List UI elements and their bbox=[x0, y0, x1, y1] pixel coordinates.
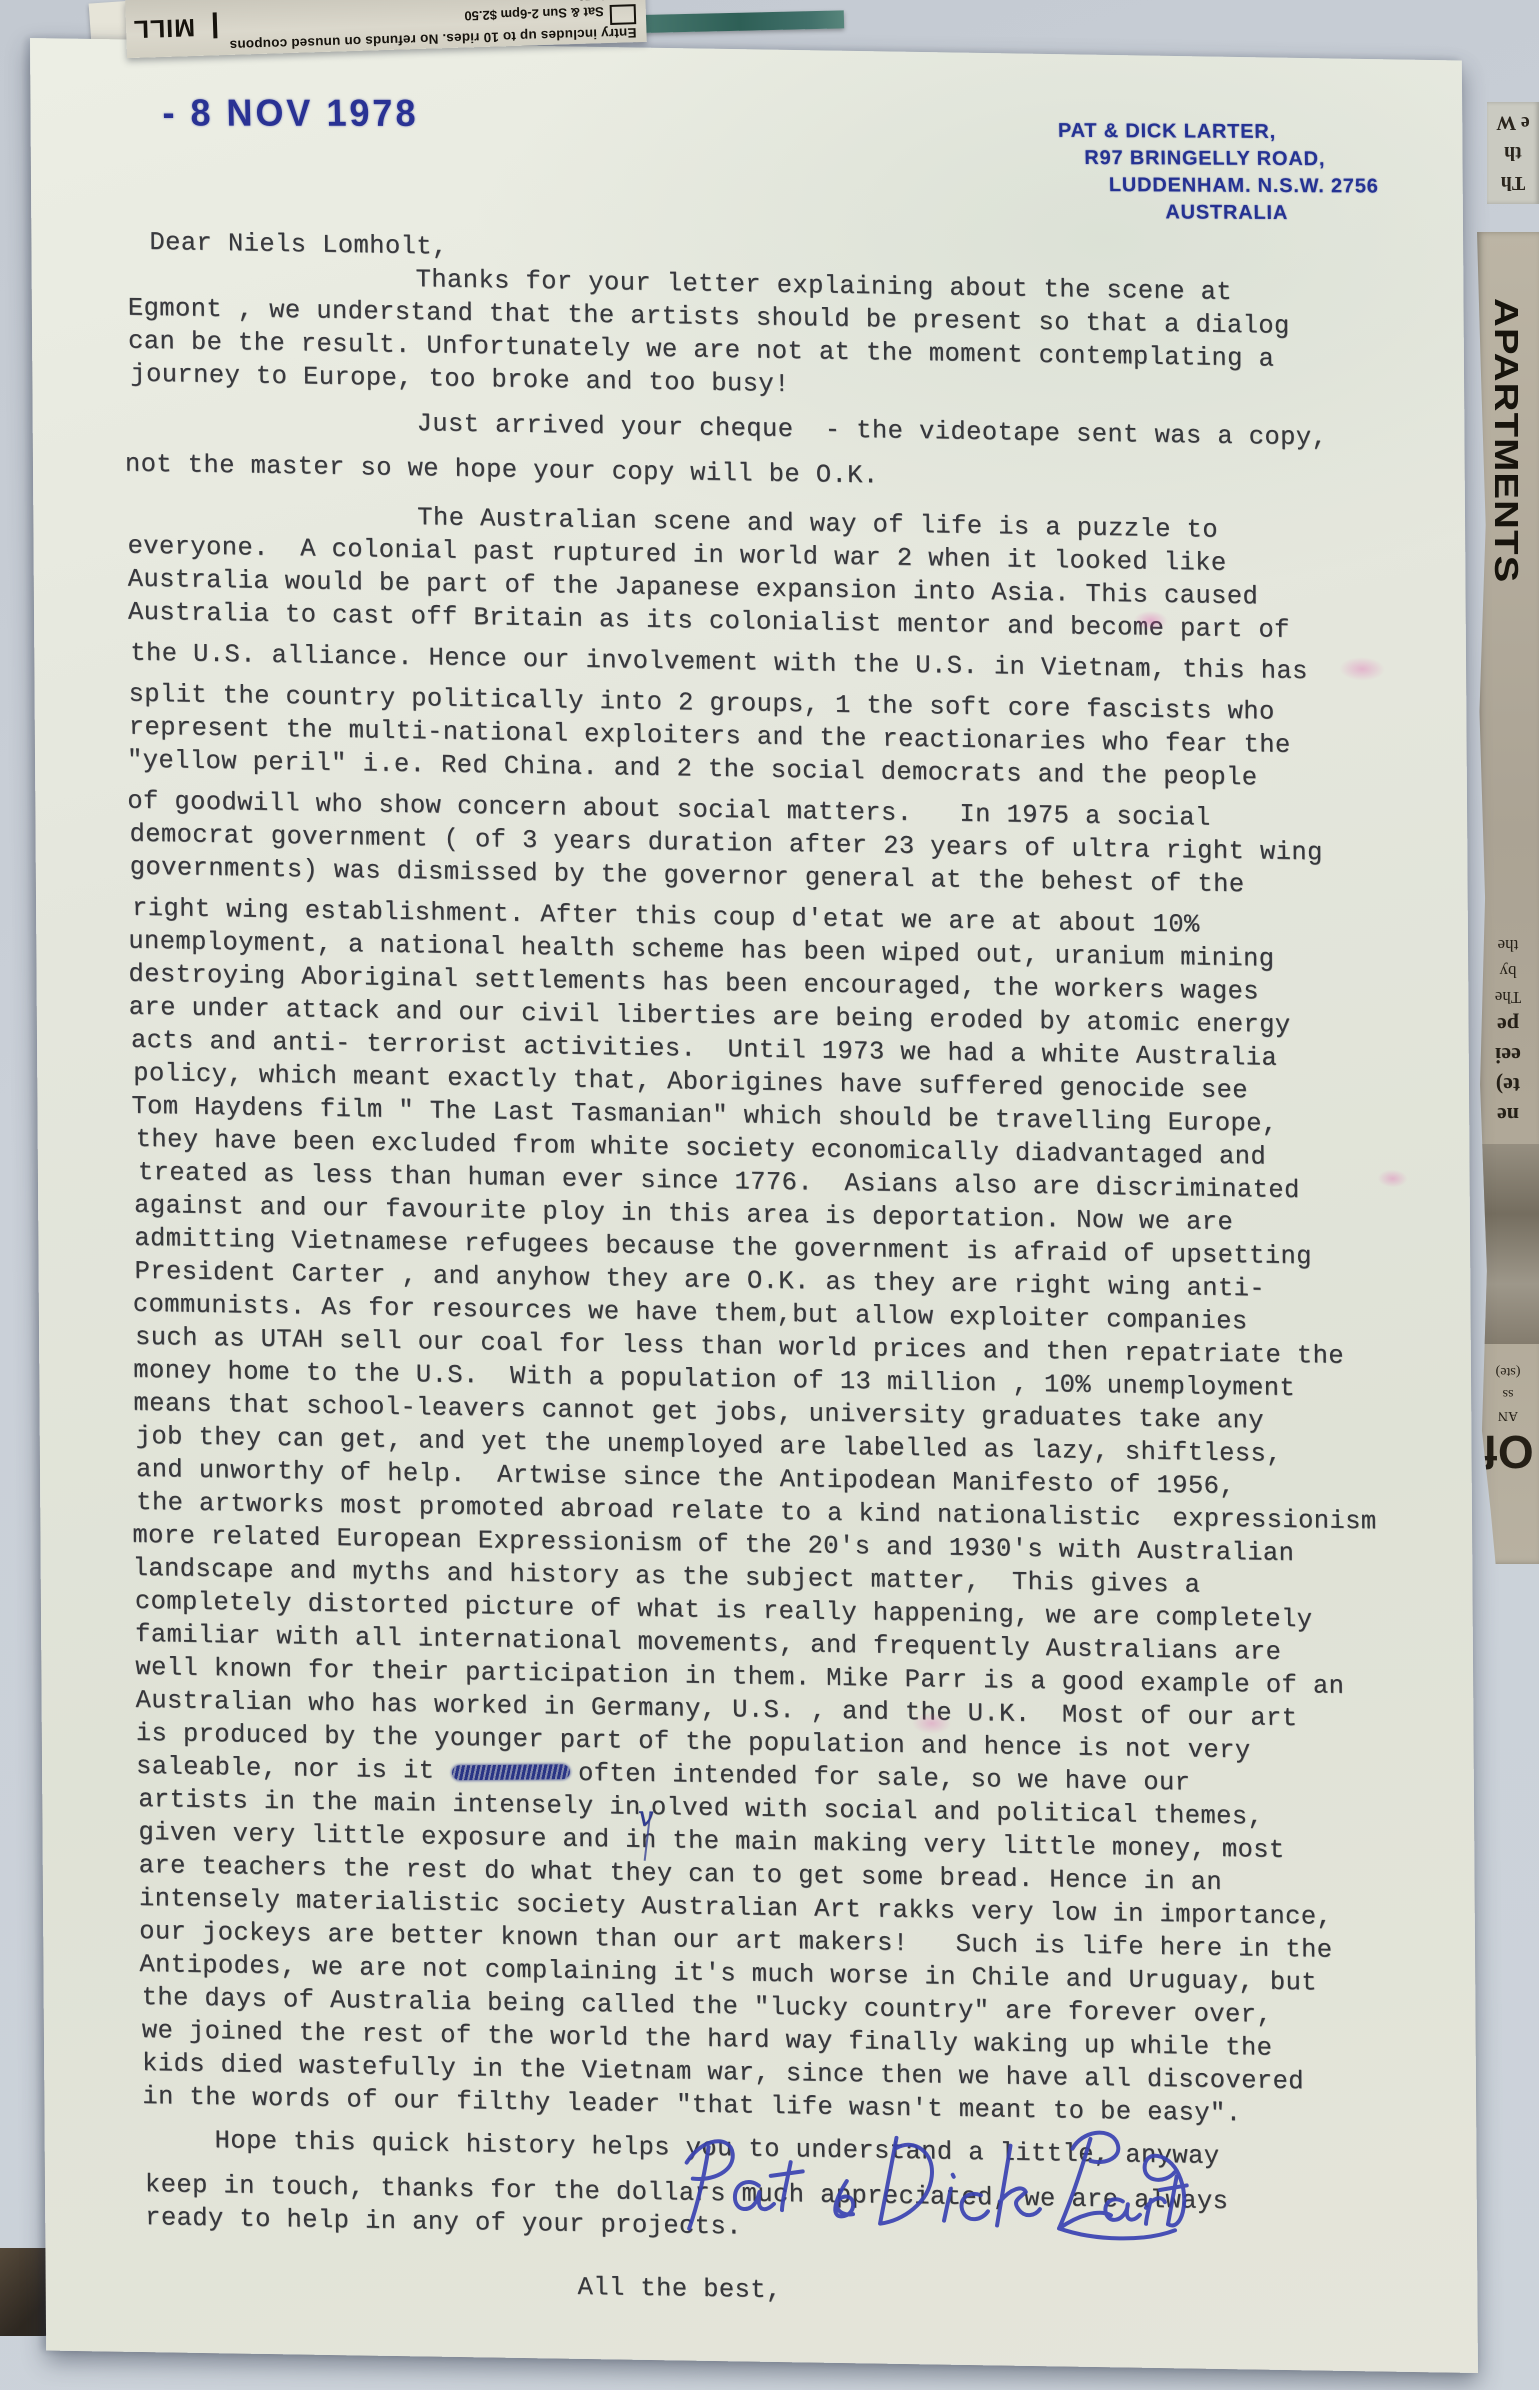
newsprint-fragment: eei bbox=[1495, 1040, 1521, 1070]
newsprint-fragment: the bbox=[1498, 932, 1519, 958]
ink-scribble-crossout bbox=[452, 1764, 570, 1780]
right-newspaper-clipping: APARTMENTS nete)eeipeThebythe OfANss(ste… bbox=[1477, 232, 1539, 1564]
letter-line: Just arrived your cheque - the videotape… bbox=[416, 407, 1454, 456]
newsprint-fragment: ne bbox=[1497, 1100, 1519, 1130]
scanned-letter-scene: Ththe W APARTMENTS nete)eeipeThebythe Of… bbox=[0, 0, 1539, 2390]
newsprint-fragment: by bbox=[1500, 958, 1517, 984]
stamp-line: AUSTRALIA bbox=[1165, 199, 1379, 227]
newsprint-fragment-column: OfANss(ste) bbox=[1477, 1360, 1539, 1478]
date-stamp: - 8 NOV 1978 bbox=[162, 91, 419, 136]
letter-line: All the best, bbox=[577, 2271, 1467, 2318]
newsprint-fragment: AN bbox=[1498, 1404, 1518, 1426]
letter-paper: - 8 NOV 1978 PAT & DICK LARTER,R97 BRING… bbox=[30, 38, 1478, 2373]
coupon-box-icon bbox=[610, 4, 637, 25]
sender-address-stamp: PAT & DICK LARTER,R97 BRINGELLY ROAD,LUD… bbox=[1058, 118, 1380, 228]
clipping-masthead: MILL bbox=[132, 13, 195, 44]
stamp-line: PAT & DICK LARTER, bbox=[1058, 118, 1378, 147]
letter-body: Dear Niels Lomholt,Thanks for your lette… bbox=[93, 225, 1467, 2318]
newsprint-fragment: te) bbox=[1496, 1070, 1520, 1100]
teal-clipping-strip bbox=[612, 10, 844, 33]
newsprint-fragment: Th bbox=[1489, 168, 1537, 198]
signature-handwriting bbox=[674, 2084, 1195, 2272]
newsprint-fragment: e W bbox=[1489, 108, 1537, 138]
letter-line: not the master so we hope your copy will… bbox=[125, 448, 1455, 502]
newsprint-fragment: th bbox=[1489, 138, 1537, 168]
newsprint-photo bbox=[1477, 1144, 1539, 1344]
apartments-headline: APARTMENTS bbox=[1487, 298, 1525, 583]
ink-caret: v bbox=[638, 1800, 654, 1833]
newsprint-fragment: ss bbox=[1503, 1382, 1514, 1404]
newsprint-fragment: pe bbox=[1497, 1010, 1519, 1040]
coupon-box-icon bbox=[213, 12, 218, 38]
newsprint-fragment-column: nete)eeipeThebythe bbox=[1477, 932, 1539, 1130]
stamp-line: LUDDENHAM. N.S.W. 2756 bbox=[1109, 172, 1379, 200]
newsprint-fragment-top-right: Ththe W bbox=[1487, 102, 1539, 204]
newsprint-fragment: Of bbox=[1482, 1426, 1533, 1478]
newsprint-fragment: The bbox=[1495, 984, 1521, 1010]
stamp-line: R97 BRINGELLY ROAD, bbox=[1084, 145, 1378, 174]
newsprint-fragment: (ste) bbox=[1496, 1360, 1521, 1382]
